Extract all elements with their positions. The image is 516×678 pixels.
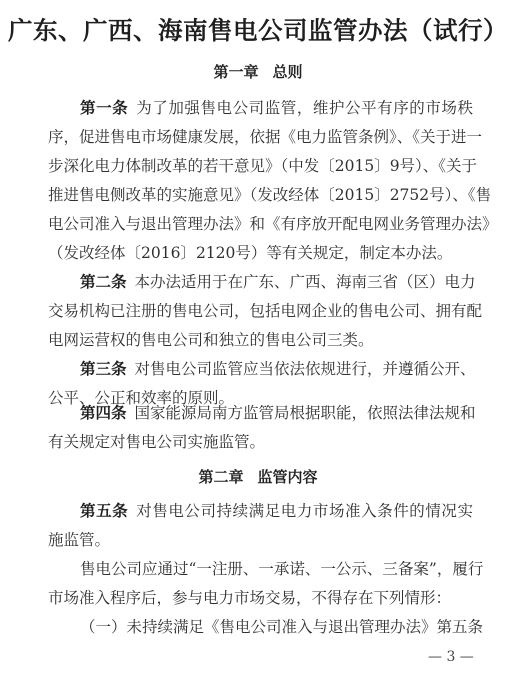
document-title: 广东、广西、海南售电公司监管办法（试行） (0, 12, 516, 47)
article-label: 第三条 (80, 360, 127, 378)
article-line: （发改经体〔2016〕2120号）等有关规定，制定本办法。 (48, 243, 473, 263)
article-label: 第一条 (80, 99, 128, 117)
article-line: 步深化电力体制改革的若干意见》（中发〔2015〕9号）、《关于 (48, 156, 473, 176)
paragraph-line: 市场准入程序后，参与电力市场交易，不得存在下列情形： (48, 588, 473, 608)
article-line: 推进售电侧改革的实施意见》（发改经体〔2015〕2752号）、《售 (48, 185, 473, 205)
list-item-line: （一）未持续满足《售电公司准入与退出管理办法》第五条 (80, 617, 473, 637)
chapter-name: 监管内容 (258, 468, 318, 486)
chapter-heading-1: 第一章总则 (0, 61, 516, 82)
chapter-number: 第二章 (198, 468, 243, 486)
chapter-name: 总则 (273, 63, 303, 81)
article-label: 第五条 (80, 502, 128, 520)
article-line: 电网运营权的售电公司和独立的售电公司三类。 (48, 330, 473, 350)
article-line: 第二条本办法适用于在广东、广西、海南三省（区）电力 (80, 272, 473, 292)
article-label: 第二条 (80, 273, 127, 291)
article-line: 第三条对售电公司监管应当依法依规进行，并遵循公开、 (80, 359, 473, 379)
article-label: 第四条 (80, 404, 127, 422)
chapter-number: 第一章 (213, 63, 258, 81)
chapter-heading-2: 第二章监管内容 (0, 466, 516, 487)
article-line: 第五条对售电公司持续满足电力市场准入条件的情况实 (80, 501, 473, 521)
article-line: 交易机构已注册的售电公司，包括电网企业的售电公司、拥有配 (48, 301, 473, 321)
article-line: 有关规定对售电公司实施监管。 (48, 432, 473, 452)
page-number: — 3 — (428, 649, 474, 665)
paragraph-line: 售电公司应通过“一注册、一承诺、一公示、三备案”，履行 (80, 559, 473, 579)
article-line: 第四条国家能源局南方监管局根据职能，依照法律法规和 (80, 403, 473, 423)
article-line: 序，促进售电市场健康发展，依据《电力监管条例》、《关于进一 (48, 127, 473, 147)
article-line: 电公司准入与退出管理办法》和《有序放开配电网业务管理办法》 (48, 214, 473, 234)
article-line: 第一条为了加强售电公司监管，维护公平有序的市场秩 (80, 98, 473, 118)
article-line: 施监管。 (48, 530, 473, 550)
